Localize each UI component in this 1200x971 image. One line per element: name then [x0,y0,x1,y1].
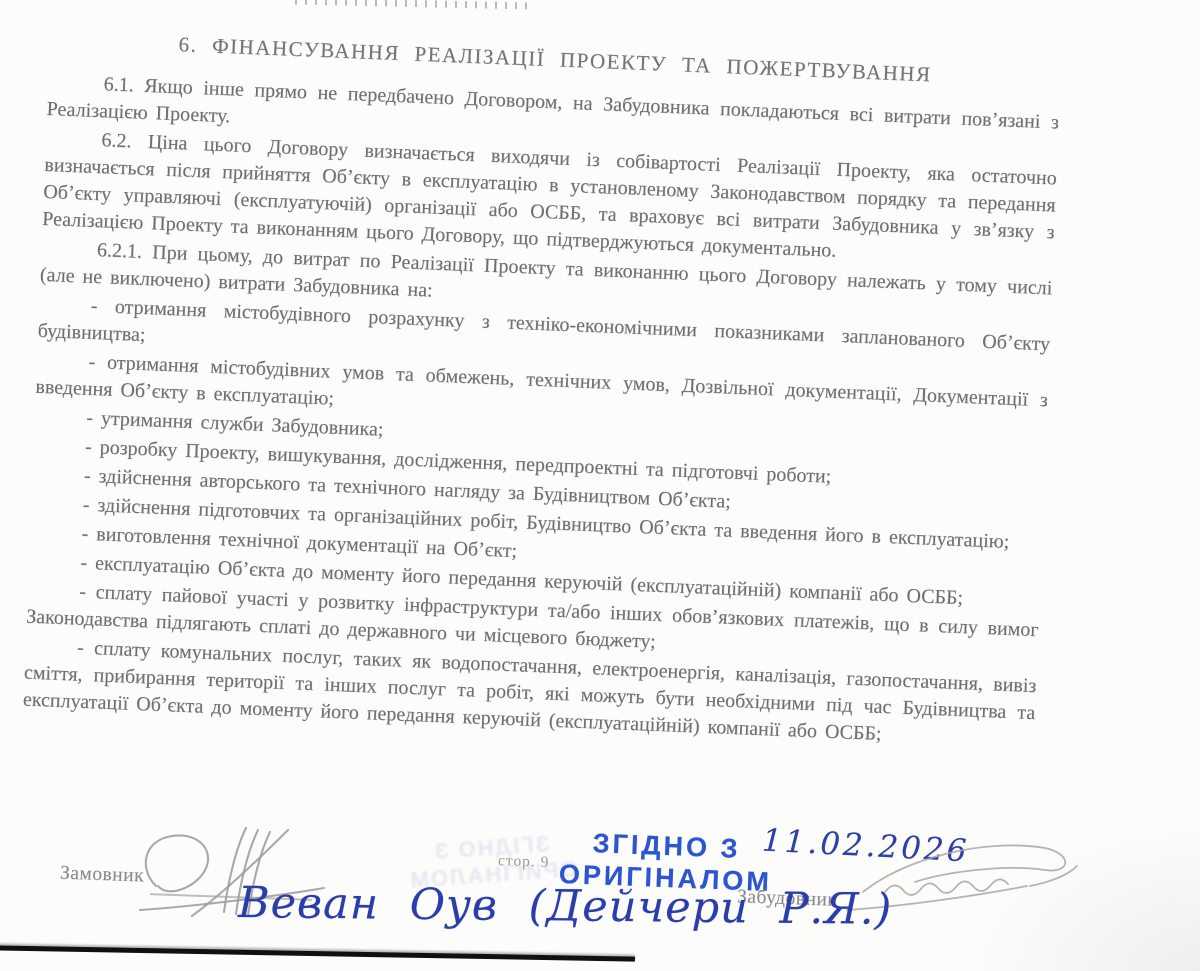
scanned-contract-page: 6. ФІНАНСУВАННЯ РЕАЛІЗАЦІЇ ПРОЕКТУ ТА ПО… [0,0,1200,971]
contract-text-block: 6. ФІНАНСУВАННЯ РЕАЛІЗАЦІЇ ПРОЕКТУ ТА ПО… [22,26,1061,754]
cut-off-text-artifact [295,0,530,9]
handwritten-signature: Веван Оув (Дейчери Р.Я.) [238,878,998,936]
scan-edge-line [0,945,635,961]
